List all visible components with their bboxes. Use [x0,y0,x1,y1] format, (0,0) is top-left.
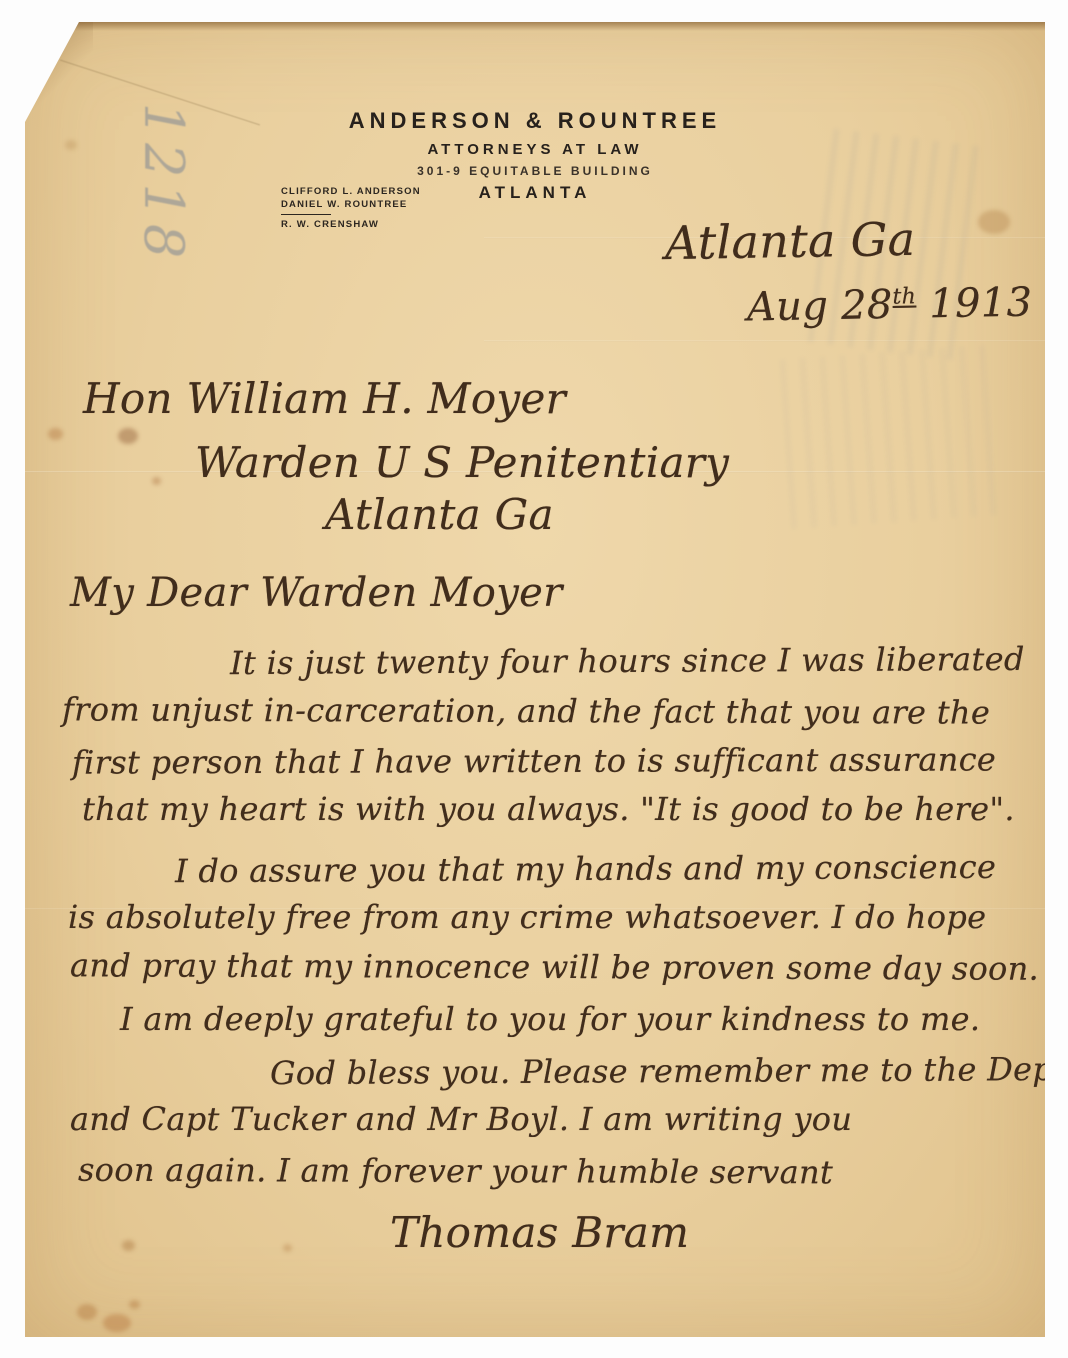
body-line: that my heart is with you always. "It is… [82,790,1015,828]
body-line: I do assure you that my hands and my con… [175,848,996,890]
body-line: It is just twenty four hours since I was… [230,640,1025,682]
salutation: My Dear Warden Moyer [70,570,562,616]
firm-address: 301-9 EQUITABLE BUILDING [25,164,1045,178]
body-line: God bless you. Please remember me to the… [270,1050,1068,1092]
body-line: first person that I have written to is s… [72,740,996,781]
stain [103,1314,131,1332]
body-line: from unjust in-carceration, and the fact… [62,690,990,731]
recipient-line: Hon William H. Moyer [83,374,566,423]
dateline-date: Aug 28th 1913 [747,280,1033,331]
date-month-day: Aug 28 [747,282,893,331]
partner-name: DANIEL W. ROUNTREE [281,198,421,211]
date-ordinal: th [892,284,916,309]
firm-city: ATLANTA [25,183,1045,203]
body-line: soon again. I am forever your humble ser… [78,1151,833,1192]
body-line: and pray that my innocence will be prove… [70,946,1039,987]
browned-top-edge [25,22,1045,31]
firm-name: ANDERSON & ROUNTREE [25,108,1045,134]
partner-name: CLIFFORD L. ANDERSON [281,185,421,198]
body-line: I am deeply grateful to you for your kin… [120,1000,980,1038]
stain [152,477,161,485]
recipient-line: Atlanta Ga [325,490,554,539]
body-line: is absolutely free from any crime whatso… [68,898,986,936]
stain [283,1244,292,1252]
signature: Thomas Bram [390,1208,689,1257]
associate-name: R. W. CRENSHAW [281,218,421,231]
stain [48,428,63,440]
firm-subtitle: ATTORNEYS AT LAW [25,141,1045,158]
paper-sheet: 1218 ANDERSON & ROUNTREE ATTORNEYS AT LA… [25,22,1045,1337]
recipient-line: Warden U S Penitentiary [195,438,729,487]
dateline-place: Atlanta Ga [665,212,916,270]
partners-divider [281,214,331,215]
letterhead: ANDERSON & ROUNTREE ATTORNEYS AT LAW 301… [25,108,1045,203]
stain [118,428,138,444]
body-line: and Capt Tucker and Mr Boyl. I am writin… [70,1100,852,1138]
stain [978,210,1010,234]
scanned-letter: 1218 ANDERSON & ROUNTREE ATTORNEYS AT LA… [0,0,1068,1358]
stain [122,1240,135,1251]
partner-list: CLIFFORD L. ANDERSON DANIEL W. ROUNTREE … [281,185,421,231]
fold-crease [484,340,1045,342]
date-year: 1913 [929,280,1033,328]
ink-ghost-impression [779,345,1005,530]
stain [77,1304,97,1320]
stain [129,1300,140,1309]
